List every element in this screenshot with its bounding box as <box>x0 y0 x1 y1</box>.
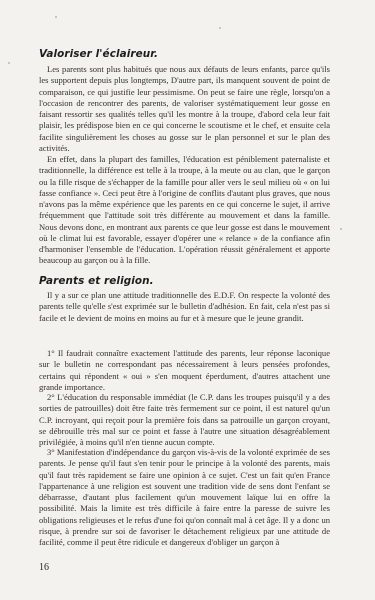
paragraph-block: Il y a sur ce plan une attitude traditio… <box>39 290 330 324</box>
paragraph-block: Les parents sont plus habitués que nous … <box>39 64 330 154</box>
section-heading-parents-religion: Parents et religion. <box>39 275 154 287</box>
scan-speck <box>55 16 57 18</box>
section-heading-valoriser: Valoriser l'éclaireur. <box>39 48 158 60</box>
numbered-paragraph-2: 2° L'éducation du responsable immédiat (… <box>39 392 330 448</box>
numbered-paragraph-3: 3° Manifestation d'indépendance du garço… <box>39 447 330 548</box>
scan-speck <box>340 228 342 230</box>
paragraph: 1° Il faudrait connaître exactement l'at… <box>39 348 330 393</box>
scan-speck <box>8 62 10 64</box>
paragraph: Il y a sur ce plan une attitude traditio… <box>39 290 330 324</box>
numbered-paragraph-1: 1° Il faudrait connaître exactement l'at… <box>39 348 330 393</box>
paragraph: Les parents sont plus habitués que nous … <box>39 64 330 154</box>
page-number: 16 <box>39 562 49 573</box>
paragraph-block: En effet, dans la plupart des familles, … <box>39 154 330 267</box>
paragraph: 3° Manifestation d'indépendance du garço… <box>39 447 330 548</box>
paragraph: 2° L'éducation du responsable immédiat (… <box>39 392 330 448</box>
paragraph: En effet, dans la plupart des familles, … <box>39 154 330 267</box>
scan-speck <box>219 27 221 29</box>
